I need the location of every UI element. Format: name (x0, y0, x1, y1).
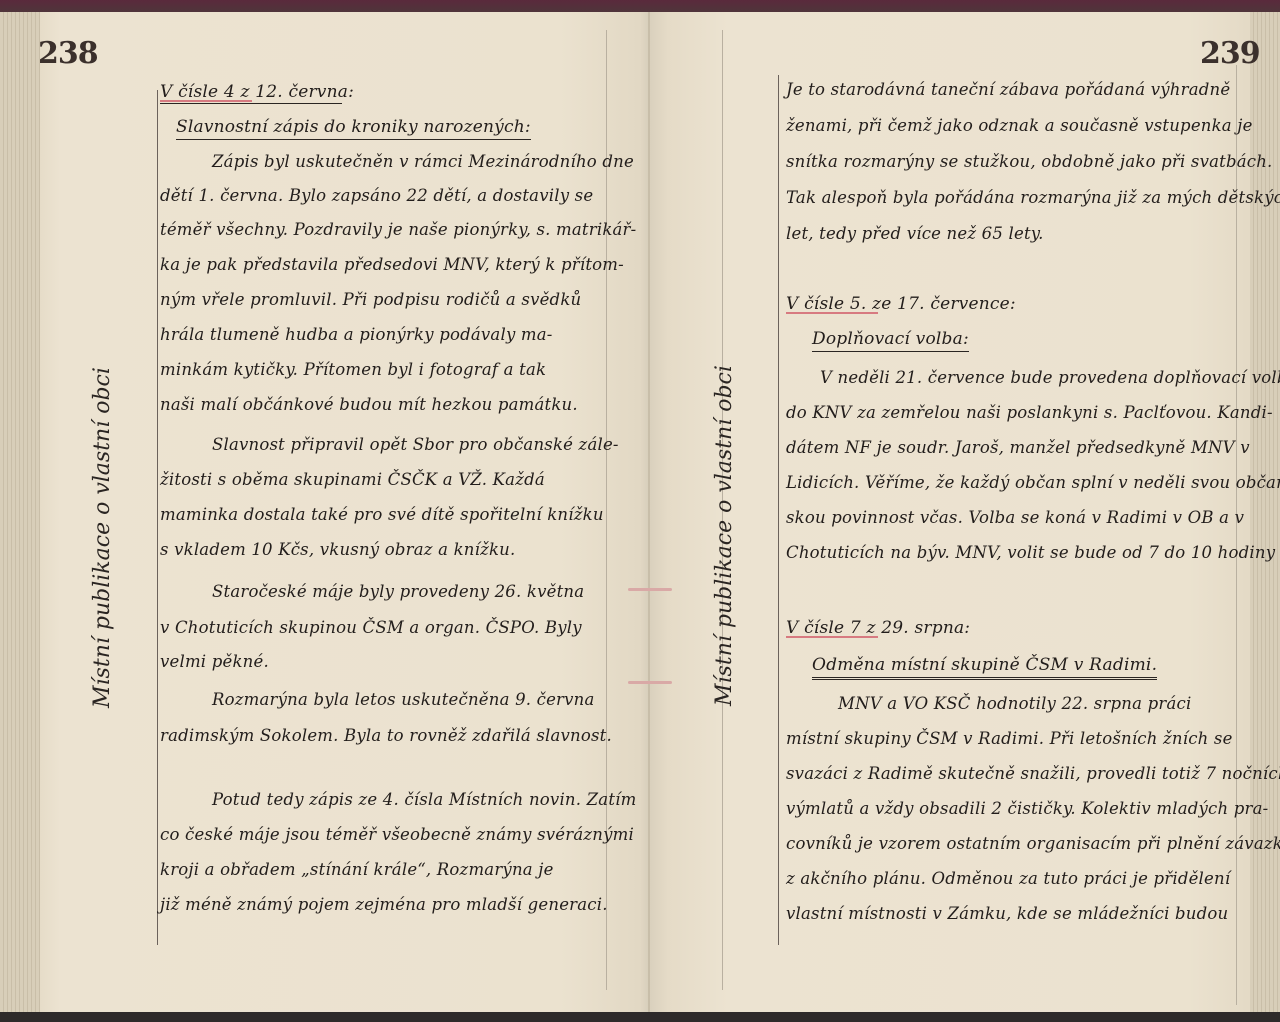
text-line: do KNV za zemřelou naši poslankyni s. Pa… (786, 403, 1273, 422)
page-number-left: 238 (38, 36, 98, 71)
margin-note-left: Místní publikace o vlastní obci (90, 367, 115, 708)
text-line: vlastní místnosti v Zámku, kde se mládež… (786, 904, 1228, 923)
text-line: naši malí občánkové budou mít hezkou pam… (160, 395, 578, 414)
section-heading: Odměna místní skupině ČSM v Radimi. (812, 655, 1157, 680)
margin-note-right: Místní publikace o vlastní obci (712, 365, 737, 706)
right-edge-rule-left (606, 30, 607, 990)
text-line: maminka dostala také pro své dítě spořit… (160, 505, 604, 524)
text-line: Tak alespoň byla pořádána rozmarýna již … (786, 188, 1280, 207)
text-line: již méně známý pojem zejména pro mladší … (160, 895, 608, 914)
text-line: snítka rozmarýny se stužkou, obdobně jak… (786, 152, 1273, 171)
text-line: Lidicích. Věříme, že každý občan splní v… (786, 473, 1280, 492)
text-line: hrála tlumeně hudba a pionýrky podávaly … (160, 325, 553, 344)
text-line: svazáci z Radimě skutečně snažili, prove… (786, 764, 1280, 783)
text-line-underlined-lead: Rozmarýna byla letos uskutečněna 9. červ… (160, 690, 595, 709)
binding-stitch (628, 681, 672, 684)
issue-heading: V čísle 5. ze 17. července: (786, 294, 1016, 314)
margin-rule-right (778, 75, 779, 945)
text-line: co české máje jsou téměř všeobecně známy… (160, 825, 634, 844)
text-line: kroji a obřadem „stínání krále“, Rozmarý… (160, 860, 554, 879)
text-line: V neděli 21. července bude provedena dop… (786, 368, 1280, 387)
book-spine (648, 12, 650, 1012)
text-line: minkám kytičky. Přítomen byl i fotograf … (160, 360, 546, 379)
text-line: ženami, při čemž jako odznak a současně … (786, 116, 1253, 135)
text-line: ka je pak představila předsedovi MNV, kt… (160, 255, 624, 274)
text-line: radimským Sokolem. Byla to rovněž zdařil… (160, 726, 612, 745)
text-line: výmlatů a vždy obsadili 2 čističky. Kole… (786, 799, 1268, 818)
page-edges-left (0, 12, 40, 1012)
text-line: velmi pěkné. (160, 652, 269, 671)
text-line-underlined-lead: Staročeské máje byly provedeny 26. květn… (160, 582, 584, 601)
text-line: téměř všechny. Pozdravily je naše pionýr… (160, 220, 636, 239)
issue-heading: V čísle 7 z 29. srpna: (786, 618, 970, 638)
text-line: covníků je vzorem ostatním organisacím p… (786, 834, 1280, 853)
margin-rule-left (157, 90, 158, 945)
binding-stitch (628, 588, 672, 591)
text-line: dátem NF je soudr. Jaroš, manžel předsed… (786, 438, 1250, 457)
text-line: ným vřele promluvil. Při podpisu rodičů … (160, 290, 581, 309)
text-line: Chotuticích na býv. MNV, volit se bude o… (786, 543, 1275, 562)
text-line: Potud tedy zápis ze 4. čísla Místních no… (160, 790, 637, 809)
text-line: místní skupiny ČSM v Radimi. Při letošní… (786, 729, 1233, 748)
section-heading: Slavnostní zápis do kroniky narozených: (176, 117, 531, 140)
section-heading: Doplňovací volba: (812, 329, 969, 352)
text-line: skou povinnost včas. Volba se koná v Rad… (786, 508, 1244, 527)
text-line: s vkladem 10 Kčs, vkusný obraz a knížku. (160, 540, 515, 559)
text-line: Slavnost připravil opět Sbor pro občansk… (160, 435, 619, 454)
page-number-right: 239 (1200, 36, 1260, 71)
text-line: let, tedy před více než 65 lety. (786, 224, 1044, 243)
book-cover-bottom (0, 1012, 1280, 1022)
text-line: MNV a VO KSČ hodnotily 22. srpna práci (786, 694, 1191, 713)
text-line: dětí 1. června. Bylo zapsáno 22 dětí, a … (160, 186, 593, 205)
issue-heading: V čísle 4 z 12. června: (160, 82, 342, 104)
text-line: Zápis byl uskutečněn v rámci Mezinárodní… (160, 152, 634, 171)
text-line: Je to starodávná taneční zábava pořádaná… (786, 80, 1230, 99)
text-line: v Chotuticích skupinou ČSM a organ. ČSPO… (160, 618, 582, 637)
text-line: žitosti s oběma skupinami ČSČK a VŽ. Kaž… (160, 470, 545, 489)
text-line: z akčního plánu. Odměnou za tuto práci j… (786, 869, 1230, 888)
